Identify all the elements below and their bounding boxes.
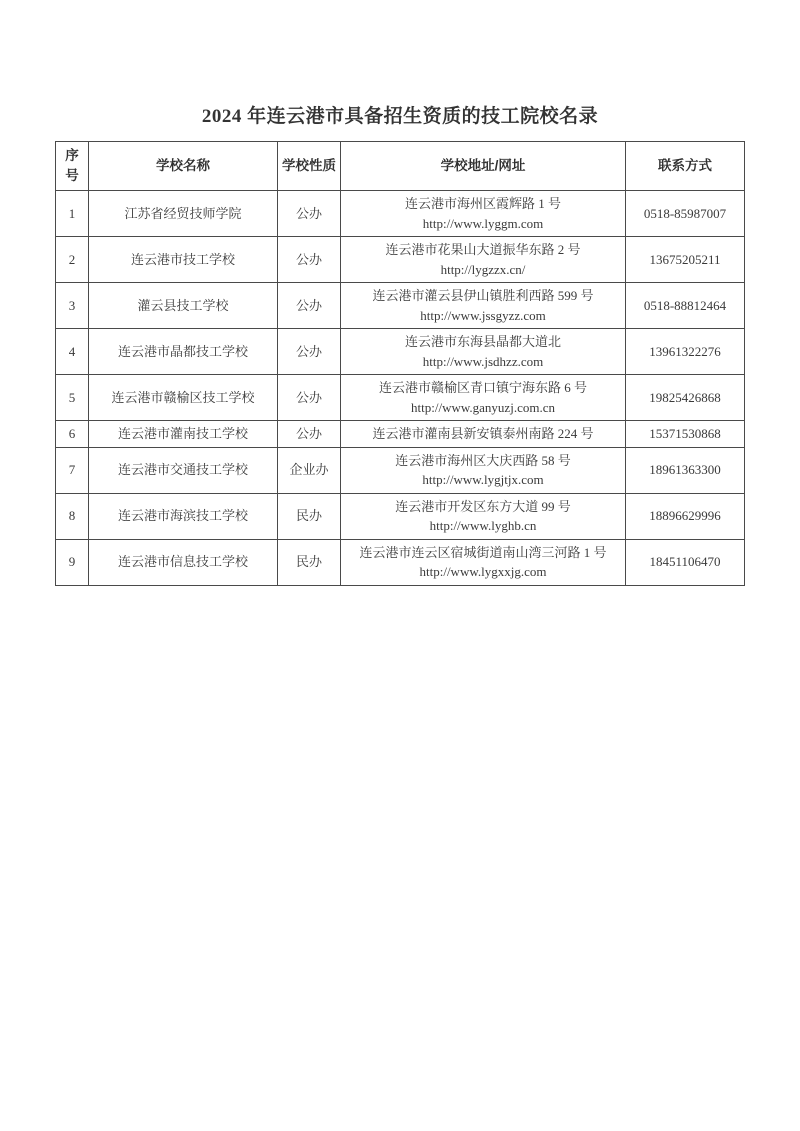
document-page: 2024 年连云港市具备招生资质的技工院校名录 序号 学校名称 学校性质 学校地… [0, 0, 800, 1131]
cell-address-url: 连云港市开发区东方大道 99 号 http://www.lyghb.cn [341, 493, 626, 539]
address-text: 连云港市海州区霞辉路 1 号 [345, 194, 621, 214]
cell-no: 6 [56, 421, 89, 448]
cell-no: 3 [56, 283, 89, 329]
cell-school-name: 灌云县技工学校 [89, 283, 278, 329]
cell-address-url: 连云港市海州区霞辉路 1 号 http://www.lyggm.com [341, 191, 626, 237]
cell-school-name: 连云港市晶都技工学校 [89, 329, 278, 375]
cell-contact: 18961363300 [626, 447, 745, 493]
cell-address-url: 连云港市赣榆区青口镇宁海东路 6 号 http://www.ganyuzj.co… [341, 375, 626, 421]
website-url: http://www.jssgyzz.com [345, 306, 621, 326]
cell-school-type: 企业办 [278, 447, 341, 493]
cell-contact: 13961322276 [626, 329, 745, 375]
cell-no: 4 [56, 329, 89, 375]
address-text: 连云港市花果山大道振华东路 2 号 [345, 240, 621, 260]
website-url: http://www.jsdhzz.com [345, 352, 621, 372]
page-title: 2024 年连云港市具备招生资质的技工院校名录 [0, 0, 800, 128]
address-text: 连云港市赣榆区青口镇宁海东路 6 号 [345, 378, 621, 398]
cell-contact: 15371530868 [626, 421, 745, 448]
cell-school-name: 连云港市赣榆区技工学校 [89, 375, 278, 421]
cell-address-url: 连云港市灌南县新安镇泰州南路 224 号 [341, 421, 626, 448]
cell-no: 8 [56, 493, 89, 539]
address-text: 连云港市灌南县新安镇泰州南路 224 号 [345, 424, 621, 444]
website-url: http://www.lygxxjg.com [345, 562, 621, 582]
table-row: 3 灌云县技工学校 公办 连云港市灌云县伊山镇胜利西路 599 号 http:/… [56, 283, 745, 329]
cell-no: 9 [56, 539, 89, 585]
website-url: http://lygzzx.cn/ [345, 260, 621, 280]
cell-school-type: 公办 [278, 329, 341, 375]
cell-contact: 18451106470 [626, 539, 745, 585]
header-name: 学校名称 [89, 142, 278, 191]
table-row: 9 连云港市信息技工学校 民办 连云港市连云区宿城街道南山湾三河路 1 号 ht… [56, 539, 745, 585]
cell-address-url: 连云港市花果山大道振华东路 2 号 http://lygzzx.cn/ [341, 237, 626, 283]
cell-school-name: 连云港市信息技工学校 [89, 539, 278, 585]
header-contact: 联系方式 [626, 142, 745, 191]
cell-school-type: 公办 [278, 191, 341, 237]
address-text: 连云港市灌云县伊山镇胜利西路 599 号 [345, 286, 621, 306]
address-text: 连云港市开发区东方大道 99 号 [345, 497, 621, 517]
table-body: 1 江苏省经贸技师学院 公办 连云港市海州区霞辉路 1 号 http://www… [56, 191, 745, 586]
address-text: 连云港市连云区宿城街道南山湾三河路 1 号 [345, 543, 621, 563]
header-row: 序号 学校名称 学校性质 学校地址/网址 联系方式 [56, 142, 745, 191]
header-type: 学校性质 [278, 142, 341, 191]
cell-school-type: 民办 [278, 539, 341, 585]
table-row: 6 连云港市灌南技工学校 公办 连云港市灌南县新安镇泰州南路 224 号 153… [56, 421, 745, 448]
cell-contact: 18896629996 [626, 493, 745, 539]
cell-school-type: 公办 [278, 421, 341, 448]
table-row: 1 江苏省经贸技师学院 公办 连云港市海州区霞辉路 1 号 http://www… [56, 191, 745, 237]
table-row: 8 连云港市海滨技工学校 民办 连云港市开发区东方大道 99 号 http://… [56, 493, 745, 539]
cell-address-url: 连云港市灌云县伊山镇胜利西路 599 号 http://www.jssgyzz.… [341, 283, 626, 329]
table-row: 4 连云港市晶都技工学校 公办 连云港市东海县晶都大道北 http://www.… [56, 329, 745, 375]
cell-contact: 13675205211 [626, 237, 745, 283]
table-row: 7 连云港市交通技工学校 企业办 连云港市海州区大庆西路 58 号 http:/… [56, 447, 745, 493]
header-no: 序号 [56, 142, 89, 191]
cell-school-type: 公办 [278, 237, 341, 283]
address-text: 连云港市东海县晶都大道北 [345, 332, 621, 352]
cell-no: 1 [56, 191, 89, 237]
cell-school-name: 连云港市灌南技工学校 [89, 421, 278, 448]
website-url: http://www.lygjtjx.com [345, 470, 621, 490]
cell-address-url: 连云港市海州区大庆西路 58 号 http://www.lygjtjx.com [341, 447, 626, 493]
cell-no: 7 [56, 447, 89, 493]
cell-school-name: 江苏省经贸技师学院 [89, 191, 278, 237]
school-directory-table: 序号 学校名称 学校性质 学校地址/网址 联系方式 1 江苏省经贸技师学院 公办… [55, 141, 745, 586]
cell-school-type: 民办 [278, 493, 341, 539]
cell-no: 2 [56, 237, 89, 283]
website-url: http://www.lyghb.cn [345, 516, 621, 536]
header-address: 学校地址/网址 [341, 142, 626, 191]
table-row: 2 连云港市技工学校 公办 连云港市花果山大道振华东路 2 号 http://l… [56, 237, 745, 283]
cell-contact: 19825426868 [626, 375, 745, 421]
cell-school-type: 公办 [278, 375, 341, 421]
cell-school-type: 公办 [278, 283, 341, 329]
cell-school-name: 连云港市技工学校 [89, 237, 278, 283]
cell-contact: 0518-88812464 [626, 283, 745, 329]
cell-school-name: 连云港市海滨技工学校 [89, 493, 278, 539]
cell-address-url: 连云港市连云区宿城街道南山湾三河路 1 号 http://www.lygxxjg… [341, 539, 626, 585]
website-url: http://www.ganyuzj.com.cn [345, 398, 621, 418]
cell-school-name: 连云港市交通技工学校 [89, 447, 278, 493]
address-text: 连云港市海州区大庆西路 58 号 [345, 451, 621, 471]
table-row: 5 连云港市赣榆区技工学校 公办 连云港市赣榆区青口镇宁海东路 6 号 http… [56, 375, 745, 421]
table-header: 序号 学校名称 学校性质 学校地址/网址 联系方式 [56, 142, 745, 191]
cell-contact: 0518-85987007 [626, 191, 745, 237]
cell-no: 5 [56, 375, 89, 421]
website-url: http://www.lyggm.com [345, 214, 621, 234]
cell-address-url: 连云港市东海县晶都大道北 http://www.jsdhzz.com [341, 329, 626, 375]
